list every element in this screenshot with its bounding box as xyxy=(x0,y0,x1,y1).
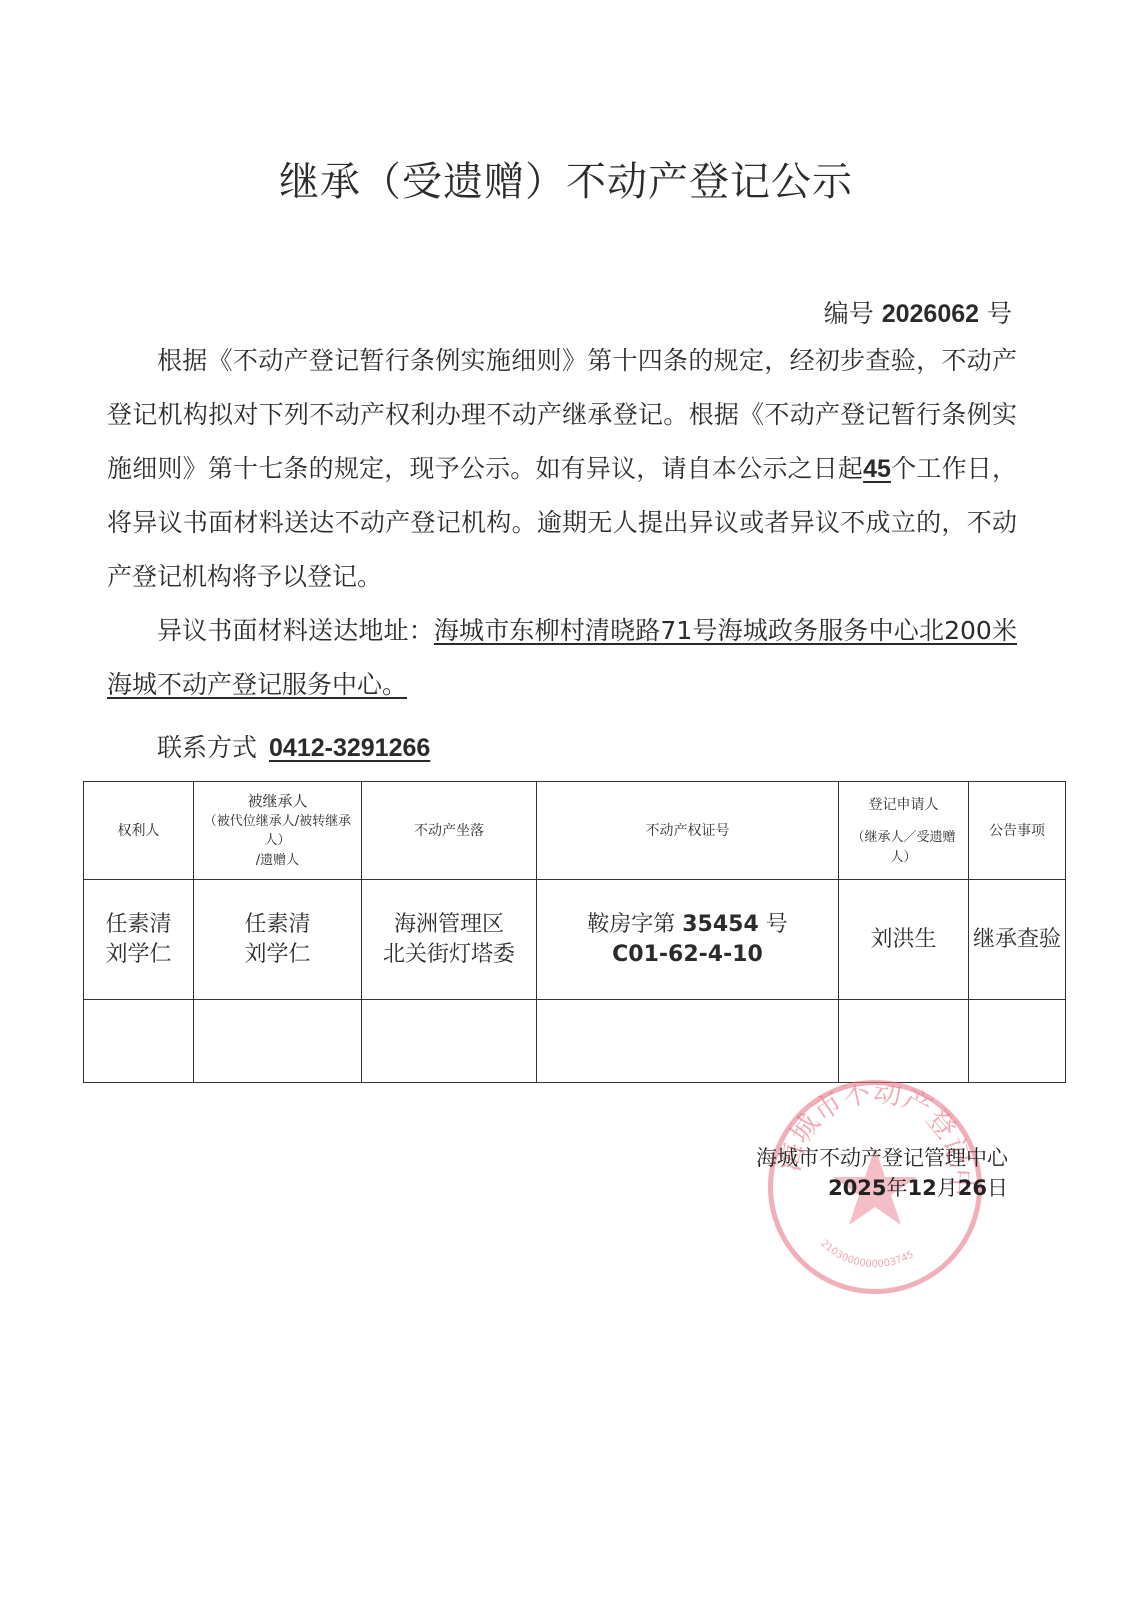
contact-label: 联系方式 xyxy=(157,733,257,762)
empty-cell xyxy=(839,1000,969,1083)
empty-cell xyxy=(537,1000,839,1083)
header-decedent: 被继承人 （被代位继承人/被转继承人） /遗赠人 xyxy=(194,782,362,880)
address-paragraph: 异议书面材料送达地址：海城市东柳村清晓路71号海城政务服务中心北200米海城不动… xyxy=(107,604,1017,712)
table-row-empty xyxy=(84,1000,1066,1083)
cell-location: 海洲管理区北关街灯塔委 xyxy=(362,880,537,1000)
table-row: 任素清刘学仁 任素清刘学仁 海洲管理区北关街灯塔委 鞍房字第 35454 号 C… xyxy=(84,880,1066,1000)
document-title: 继承（受遗赠）不动产登记公示 xyxy=(0,150,1132,207)
registration-table: 权利人 被继承人 （被代位继承人/被转继承人） /遗赠人 不动产坐落 不动产权证… xyxy=(83,781,1066,1083)
doc-number-suffix: 号 xyxy=(987,299,1012,328)
cell-rights-holder: 任素清刘学仁 xyxy=(84,880,194,1000)
header-property-location: 不动产坐落 xyxy=(362,782,537,880)
notice-paragraph: 根据《不动产登记暂行条例实施细则》第十四条的规定，经初步查验，不动产登记机构拟对… xyxy=(107,334,1017,604)
table-header-row: 权利人 被继承人 （被代位继承人/被转继承人） /遗赠人 不动产坐落 不动产权证… xyxy=(84,782,1066,880)
empty-cell xyxy=(194,1000,362,1083)
header-applicant: 登记申请人 （继承人／受遗赠人） xyxy=(839,782,969,880)
header-notice-item: 公告事项 xyxy=(969,782,1066,880)
cell-decedent: 任素清刘学仁 xyxy=(194,880,362,1000)
empty-cell xyxy=(362,1000,537,1083)
issuing-organization: 海城市不动产登记管理中心 xyxy=(756,1143,1008,1173)
cell-notice-item: 继承查验 xyxy=(969,880,1066,1000)
contact-line: 联系方式0412-3291266 xyxy=(157,728,430,764)
document-number: 编号 2026062 号 xyxy=(824,294,1012,330)
svg-text:2103000000003745: 2103000000003745 xyxy=(818,1238,915,1270)
empty-cell xyxy=(84,1000,194,1083)
empty-cell xyxy=(969,1000,1066,1083)
header-certificate-number: 不动产权证号 xyxy=(537,782,839,880)
signature-block: 海城市不动产登记管理中心 2025年12月26日 xyxy=(756,1143,1008,1203)
cell-applicant: 刘洪生 xyxy=(839,880,969,1000)
issue-date: 2025年12月26日 xyxy=(756,1173,1008,1203)
objection-days: 45 xyxy=(863,455,891,483)
doc-number-prefix: 编号 xyxy=(824,299,874,328)
contact-phone: 0412-3291266 xyxy=(269,734,430,762)
cell-certificate: 鞍房字第 35454 号 C01-62-4-10 xyxy=(537,880,839,1000)
doc-number-value: 2026062 xyxy=(882,300,979,328)
address-label: 异议书面材料送达地址： xyxy=(157,616,434,645)
header-rights-holder: 权利人 xyxy=(84,782,194,880)
